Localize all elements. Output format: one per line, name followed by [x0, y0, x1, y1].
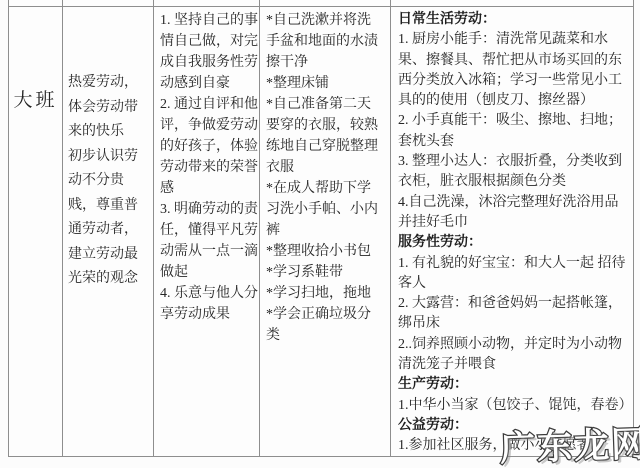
document-page: 大班 热爱劳动，体会劳动带来的快乐初步认识劳动不分贵贱，尊重普通劳动者，建立劳动… — [0, 0, 640, 468]
task-item: *在成人帮助下学习洗小手帕、小内裤 — [266, 178, 381, 241]
prev-row-cell — [391, 0, 634, 7]
prev-row-cell — [63, 0, 154, 7]
labor-item: 1.中华小当家（包饺子、馄饨，春卷） — [398, 396, 631, 416]
task-item: *自己洗漱并将洗手盆和地面的水渍擦干净 — [266, 10, 381, 73]
labor-item: 4.自己洗澡，沐浴完整理好洗浴用品并挂好毛巾 — [398, 193, 631, 234]
labor-item: 1. 厨房小能手：清洗常见蔬菜和水果、擦餐具、帮忙把从市场买回的东西分类放入冰箱… — [398, 30, 631, 111]
labor-content-cell: 日常生活劳动：1. 厨房小能手：清洗常见蔬菜和水果、擦餐具、帮忙把从市场买回的东… — [391, 7, 634, 457]
labor-item: 服务性劳动： — [398, 233, 631, 253]
task-item: *学会正确垃圾分类 — [266, 304, 381, 346]
labor-item: 生产劳动： — [398, 375, 631, 395]
objective-item: 2. 通过自评和他评，争做爱劳动的好孩子，体验劳动带来的荣誉感 — [160, 94, 258, 199]
goal-paragraph: 初步认识劳动不分贵贱，尊重普通劳动者，建立劳动最光荣的观念 — [68, 145, 150, 292]
goal-paragraph: 热爱劳动，体会劳动带来的快乐 — [68, 71, 150, 145]
objective-item: 3. 明确劳动的责任，懂得平凡劳动需从一点一滴做起 — [160, 199, 258, 283]
self-service-tasks-cell: *自己洗漱并将洗手盆和地面的水渍擦干净*整理床铺*自己准备第二天要穿的衣服，较熟… — [260, 7, 391, 457]
objective-item: 4. 乐意与他人分享劳动成果 — [160, 283, 258, 325]
objective-item: 1. 坚持自己的事情自己做，对完成自我服务性劳动感到自豪 — [160, 10, 258, 94]
task-item: *学习扫地，拖地 — [266, 283, 381, 304]
task-item: *自己准备第二天要穿的衣服，较熟练地自己穿脱整理衣服 — [266, 94, 381, 178]
objectives-cell: 1. 坚持自己的事情自己做，对完成自我服务性劳动感到自豪2. 通过自评和他评，争… — [154, 7, 260, 457]
task-item: *整理收拾小书包 — [266, 241, 381, 262]
labor-item: 3. 整理小达人：衣服折叠，分类收到衣柜，脏衣服根据颜色分类 — [398, 152, 631, 193]
prev-row-cell — [260, 0, 391, 7]
prev-row-cell — [9, 0, 63, 7]
labor-item: 日常生活劳动： — [398, 10, 631, 30]
prev-row-cell — [154, 0, 260, 7]
labor-item: 2. 大露营：和爸爸妈妈一起搭帐篷，绑吊床 — [398, 294, 631, 335]
labor-item: 2. 小手真能干：吸尘、擦地、扫地；套枕头套 — [398, 111, 631, 152]
goals-cell: 热爱劳动，体会劳动带来的快乐初步认识劳动不分贵贱，尊重普通劳动者，建立劳动最光荣… — [63, 7, 154, 457]
grade-label-cell: 大班 — [9, 7, 63, 457]
labor-education-table: 大班 热爱劳动，体会劳动带来的快乐初步认识劳动不分贵贱，尊重普通劳动者，建立劳动… — [8, 0, 634, 457]
task-item: *整理床铺 — [266, 73, 381, 94]
site-watermark: 广东龙网 — [499, 416, 640, 468]
labor-item: 2..饲养照顾小动物，并定时为小动物清洗笼子并喂食 — [398, 335, 631, 376]
task-item: *学习系鞋带 — [266, 262, 381, 283]
labor-item: 1. 有礼貌的好宝宝：和大人一起 招待客人 — [398, 254, 631, 295]
